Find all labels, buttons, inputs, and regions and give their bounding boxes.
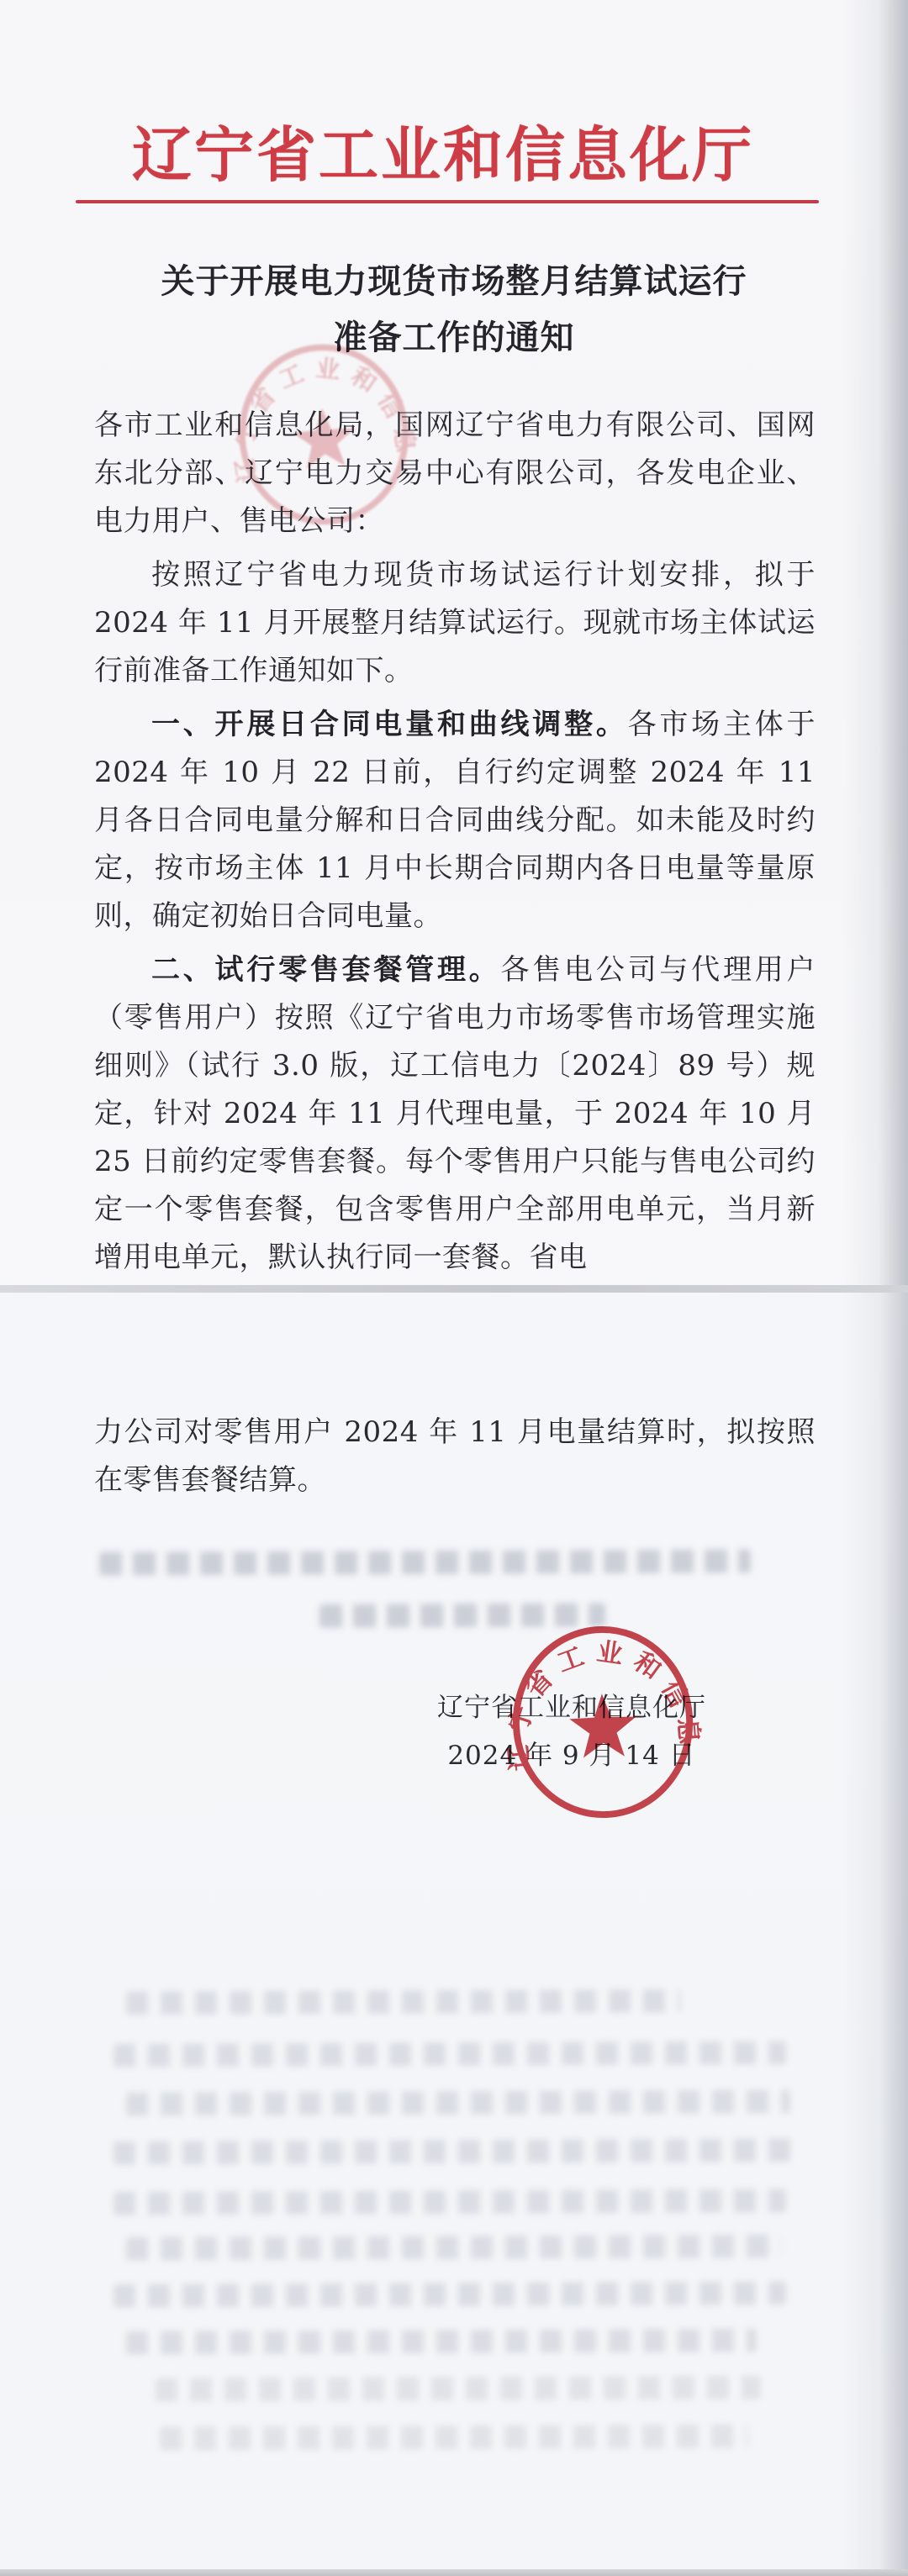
continuation-body: 力公司对零售用户 2024 年 11 月电量结算时，拟按照在零售套餐结算。 — [94, 1409, 816, 1504]
section-2-heading: 二、试行零售套餐管理。 — [151, 953, 501, 987]
svg-text:辽宁省工业和信息化厅: 辽宁省工业和信息化厅 — [499, 1613, 705, 1773]
ghost-text-line — [113, 2138, 794, 2165]
continuation-paragraph: 力公司对零售用户 2024 年 11 月电量结算时，拟按照在零售套餐结算。 — [94, 1409, 816, 1504]
official-seal-icon: 辽宁省工业和信息化厅 — [499, 1613, 707, 1830]
intro-paragraph: 按照辽宁省电力现货市场试运行计划安排，拟于 2024 年 11 月开展整月结算试… — [94, 551, 816, 695]
ghost-text-line — [126, 2234, 782, 2260]
ghost-text-line — [113, 2281, 786, 2307]
document-title-line1: 关于开展电力现货市场整月结算试运行 — [0, 255, 908, 303]
document-title-line2: 准备工作的通知 — [0, 311, 908, 359]
page-1: 辽宁省工业和信息化厅 关于开展电力现货市场整月结算试运行 准备工作的通知 辽宁省… — [0, 0, 908, 1285]
agency-letterhead: 辽宁省工业和信息化厅 — [0, 108, 886, 193]
ghost-text-line — [156, 2375, 761, 2401]
page-edge-gap — [0, 1285, 908, 1293]
section-1-text: 各市场主体于 2024 年 10 月 22 日前，自行约定调整 2024 年 1… — [94, 708, 816, 933]
letterhead-rule — [76, 200, 819, 203]
document-body: 各市工业和信息化局，国网辽宁省电力有限公司、国网东北分部、辽宁电力交易中心有限公… — [94, 402, 816, 1282]
page-2: 力公司对零售用户 2024 年 11 月电量结算时，拟按照在零售套餐结算。 辽宁… — [0, 1293, 908, 2569]
ghost-text-line — [113, 2041, 786, 2067]
ghost-text-line — [126, 2089, 790, 2115]
section-1-paragraph: 一、开展日合同电量和曲线调整。各市场主体于 2024 年 10 月 22 日前，… — [94, 701, 816, 940]
section-1-heading: 一、开展日合同电量和曲线调整。 — [151, 708, 628, 741]
ghost-text-line — [99, 1549, 751, 1575]
section-2-text: 各售电公司与代理用户（零售用户）按照《辽宁省电力市场零售市场管理实施细则》（试行… — [94, 953, 816, 1274]
ghost-text-line — [113, 2189, 786, 2215]
scanned-document: 辽宁省工业和信息化厅 关于开展电力现货市场整月结算试运行 准备工作的通知 辽宁省… — [0, 0, 908, 2576]
ghost-text-line — [126, 1989, 681, 2015]
scan-bottom-edge — [0, 2569, 908, 2576]
scan-edge-shadow — [842, 1293, 908, 2569]
ghost-text-line — [160, 2424, 748, 2450]
addressees-paragraph: 各市工业和信息化局，国网辽宁省电力有限公司、国网东北分部、辽宁电力交易中心有限公… — [94, 402, 816, 545]
section-2-paragraph: 二、试行零售套餐管理。各售电公司与代理用户（零售用户）按照《辽宁省电力市场零售市… — [94, 946, 816, 1282]
ghost-text-line — [126, 2328, 757, 2354]
